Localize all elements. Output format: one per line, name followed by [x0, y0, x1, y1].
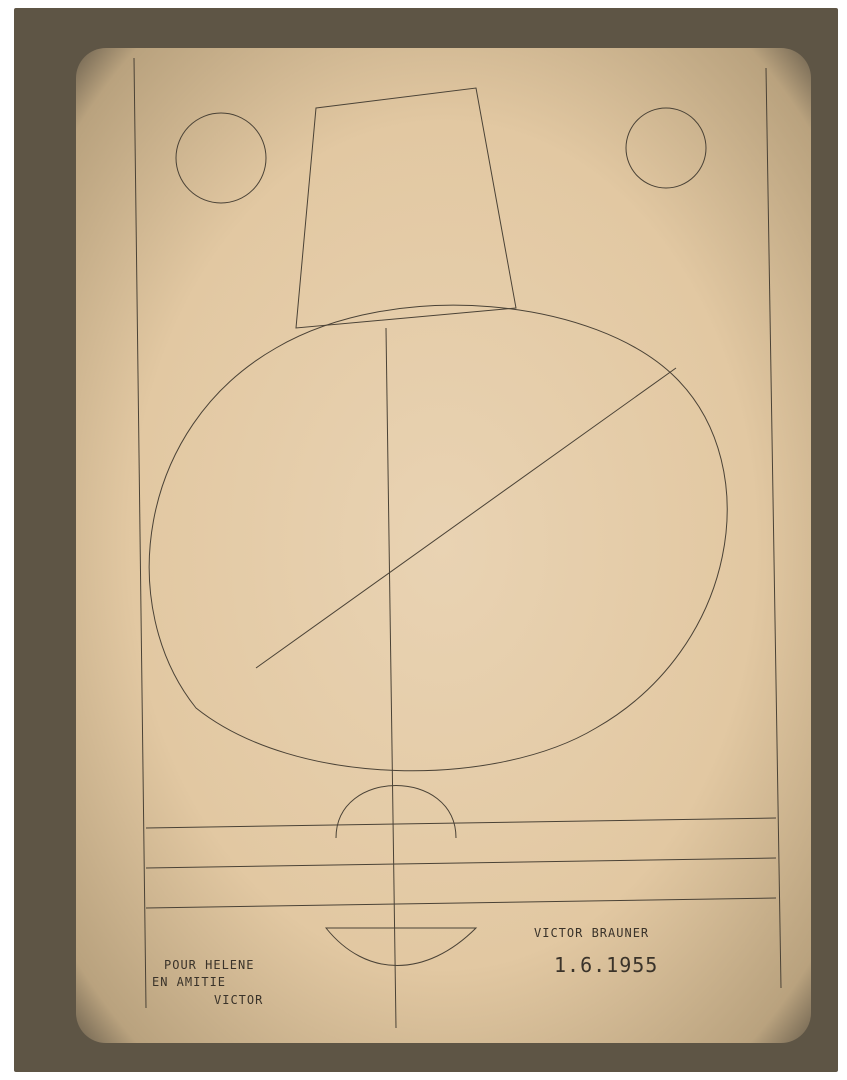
- signature: VICTOR BRAUNER: [534, 926, 649, 940]
- moon-symbol-right: [626, 108, 706, 188]
- dedication-line-1: POUR HELENE: [164, 958, 254, 972]
- dedication-line-2: EN AMITIE: [152, 975, 226, 989]
- dedication-line-3: VICTOR: [214, 993, 263, 1007]
- leaf-drawing: [76, 48, 811, 1043]
- paper-sheet: POUR HELENE EN AMITIE VICTOR VICTOR BRAU…: [14, 8, 838, 1072]
- fountain-plant: [336, 786, 456, 839]
- sun-symbol-left: [176, 113, 266, 203]
- date: 1.6.1955: [554, 953, 658, 977]
